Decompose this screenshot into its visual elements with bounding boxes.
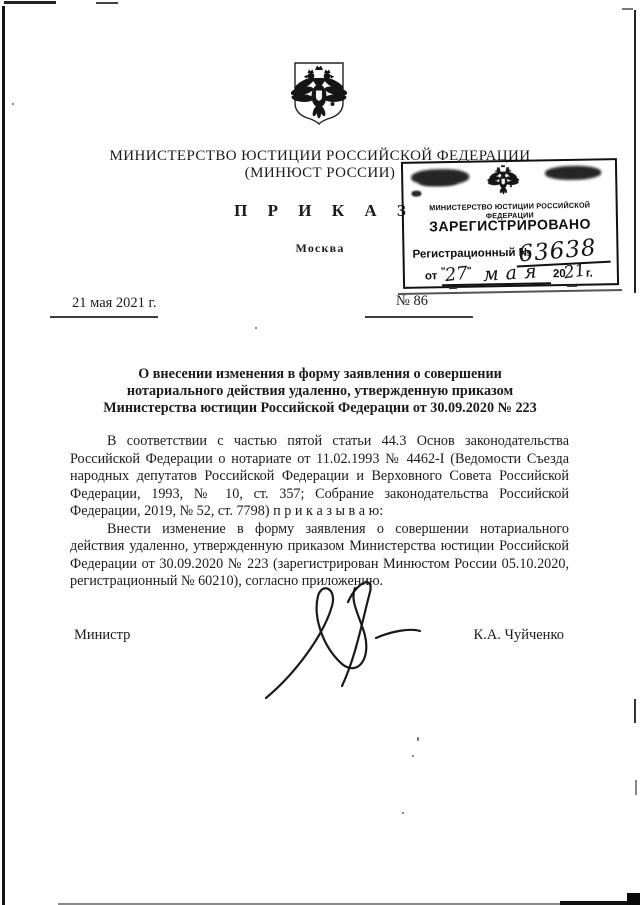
scan-edge-top	[4, 1, 56, 4]
stamp-month-underline	[481, 282, 551, 285]
stamp-tick-mark	[449, 287, 457, 289]
stamp-smudge	[545, 165, 601, 180]
russia-coat-of-arms-icon	[291, 61, 347, 125]
stamp-date-prefix: от	[425, 270, 438, 282]
scan-speck	[12, 103, 14, 105]
scan-speck	[402, 812, 404, 814]
order-title: О внесении изменения в форму заявления о…	[70, 366, 570, 418]
scan-edge-right	[634, 699, 636, 723]
stamp-date-day-handwritten: 27	[444, 263, 469, 286]
scan-speck	[417, 737, 419, 741]
scan-speck	[412, 755, 414, 757]
scan-edge-top	[96, 2, 118, 4]
stamp-reg-number-label: Регистрационный №	[412, 247, 531, 261]
stamp-registered-label: ЗАРЕГИСТРИРОВАНО	[404, 215, 616, 235]
minister-signature-icon	[252, 572, 437, 707]
order-title-line: нотариального действия удаленно, утвержд…	[70, 383, 570, 400]
stamp-coat-of-arms-icon	[487, 162, 520, 199]
order-date: 21 мая 2021 г.	[72, 295, 157, 312]
stamp-quote: "	[467, 266, 472, 277]
scan-edge-top	[622, 8, 633, 10]
scan-edge-right	[635, 780, 637, 795]
signer-name: К.А. Чуйченко	[474, 627, 565, 644]
stamp-tick-mark	[567, 285, 577, 287]
scanned-order-page: МИНИСТЕРСТВО ЮСТИЦИИ РОССИЙСКОЙ ФЕДЕРАЦИ…	[0, 0, 640, 905]
scan-speck	[255, 327, 257, 329]
scan-edge-left	[2, 6, 5, 905]
signer-role: Министр	[74, 627, 130, 644]
stamp-scan-ghost-line	[398, 289, 622, 294]
stamp-smudge	[411, 191, 421, 197]
registration-stamp: МИНИСТЕРСТВО ЮСТИЦИИ РОССИЙСКОЙ ФЕДЕРАЦИ…	[401, 158, 619, 289]
stamp-day-underline	[442, 283, 482, 285]
order-date-underline	[50, 316, 158, 318]
prikaz-spaced-word: п р и к а з ы в а ю:	[273, 503, 383, 519]
stamp-year-handwritten: 21	[563, 260, 587, 283]
order-title-line: Министерства юстиции Российской Федераци…	[70, 400, 570, 417]
scan-corner-mark	[627, 893, 640, 905]
stamp-year-suffix: г.	[586, 268, 593, 280]
body-paragraph-1: В соответствии с частью пятой статьи 44.…	[70, 433, 569, 521]
order-title-line: О внесении изменения в форму заявления о…	[70, 366, 570, 383]
stamp-smudge	[419, 179, 457, 187]
order-number-underline	[365, 316, 473, 318]
order-number: № 86	[396, 293, 428, 310]
order-body: В соответствии с частью пятой статьи 44.…	[70, 433, 569, 591]
